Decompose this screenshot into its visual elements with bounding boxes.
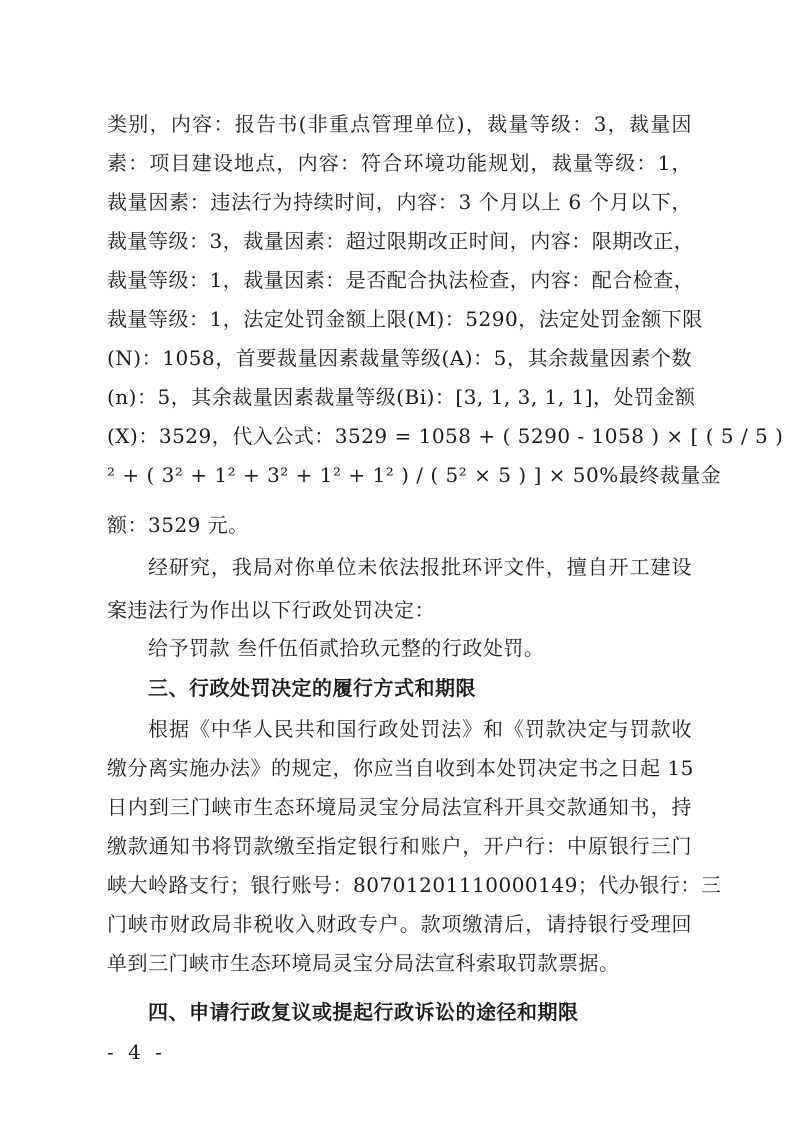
text-line: 裁量等级：3，裁量因素：超过限期改正时间，内容：限期改正， [107, 227, 692, 255]
text-line: 裁量因素：违法行为持续时间，内容：3 个月以上 6 个月以下， [107, 188, 692, 216]
text-line: 案违法行为作出以下行政处罚决定： [107, 596, 692, 624]
text-line: 类别，内容：报告书(非重点管理单位)，裁量等级：3，裁量因 [107, 110, 692, 138]
text-line: ² + ( 3² + 1² + 3² + 1² + 1² ) / ( 5² × … [107, 461, 692, 489]
text-line: 根据《中华人民共和国行政处罚法》和《罚款决定与罚款收 [148, 715, 692, 743]
text-line: (X)：3529，代入公式：3529 = 1058 + ( 5290 - 105… [107, 422, 692, 450]
section-heading-3: 三、行政处罚决定的履行方式和期限 [148, 674, 476, 702]
page-number: - 4 - [107, 1038, 166, 1066]
text-line: 门峡市财政局非税收入财政专户。款项缴清后，请持银行受理回 [107, 910, 692, 938]
text-line: 素：项目建设地点，内容：符合环境功能规划，裁量等级：1， [107, 149, 692, 177]
penalty-decision: 给予罚款 叁仟伍佰贰拾玖元整的行政处罚。 [148, 634, 692, 662]
text-line: 额：3529 元。 [107, 511, 692, 539]
text-line: 缴分离实施办法》的规定，你应当自收到本处罚决定书之日起 15 [107, 754, 692, 782]
text-line: (N)：1058，首要裁量因素裁量等级(A)：5，其余裁量因素个数 [107, 344, 692, 372]
text-line: 日内到三门峡市生态环境局灵宝分局法宣科开具交款通知书，持 [107, 793, 692, 821]
text-line: 单到三门峡市生态环境局灵宝分局法宣科索取罚款票据。 [107, 949, 692, 977]
text-line: 缴款通知书将罚款缴至指定银行和账户，开户行：中原银行三门 [107, 832, 692, 860]
text-line: (n)：5，其余裁量因素裁量等级(Bi)：[3, 1, 3, 1, 1]，处罚金… [107, 383, 692, 411]
text-line: 裁量等级：1，法定处罚金额上限(M)：5290，法定处罚金额下限 [107, 305, 692, 333]
text-line: 经研究，我局对你单位未依法报批环评文件，擅自开工建设 [148, 553, 692, 581]
text-line: 峡大岭路支行；银行账号：80701201110000149；代办银行：三 [107, 871, 692, 899]
text-line: 裁量等级：1，裁量因素：是否配合执法检查，内容：配合检查， [107, 266, 692, 294]
section-heading-4: 四、申请行政复议或提起行政诉讼的途径和期限 [148, 998, 579, 1026]
